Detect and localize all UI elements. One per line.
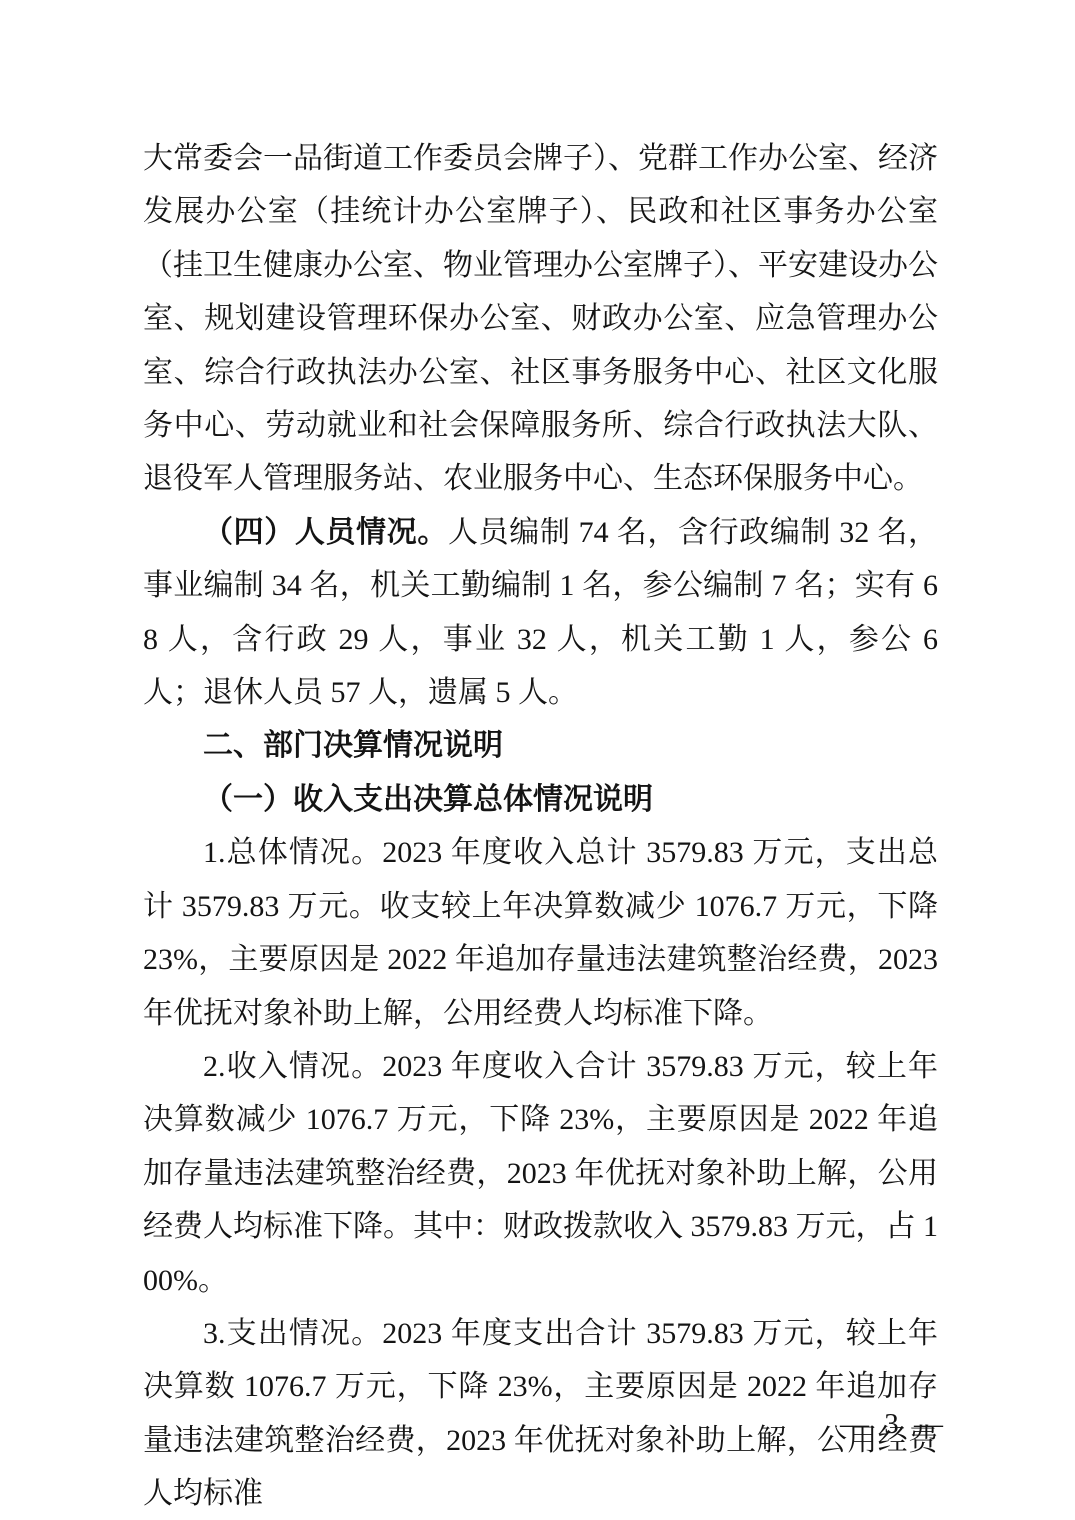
paragraph-overall-situation: 1.总体情况。2023 年度收入总计 3579.83 万元，支出总计 3579.…: [143, 826, 938, 1040]
page-number: — 3 —: [840, 1404, 947, 1444]
document-body: 大常委会一品街道工作委员会牌子）、党群工作办公室、经济发展办公室（挂统计办公室牌…: [143, 132, 938, 1520]
paragraph-expenditure-situation: 3.支出情况。2023 年度支出合计 3579.83 万元，较上年决算数 107…: [143, 1307, 938, 1520]
section-heading-final-accounts: 二、部门决算情况说明: [143, 719, 938, 772]
document-page: 大常委会一品街道工作委员会牌子）、党群工作办公室、经济发展办公室（挂统计办公室牌…: [0, 0, 1075, 1520]
paragraph-income-situation: 2.收入情况。2023 年度收入合计 3579.83 万元，较上年决算数减少 1…: [143, 1040, 938, 1307]
subsection-heading-income-expenditure: （一）收入支出决算总体情况说明: [143, 773, 938, 826]
paragraph-lead-personnel: （四）人员情况。: [203, 516, 448, 549]
paragraph-personnel: （四）人员情况。人员编制 74 名，含行政编制 32 名，事业编制 34 名，机…: [143, 506, 938, 720]
paragraph-org-list-continuation: 大常委会一品街道工作委员会牌子）、党群工作办公室、经济发展办公室（挂统计办公室牌…: [143, 132, 938, 506]
